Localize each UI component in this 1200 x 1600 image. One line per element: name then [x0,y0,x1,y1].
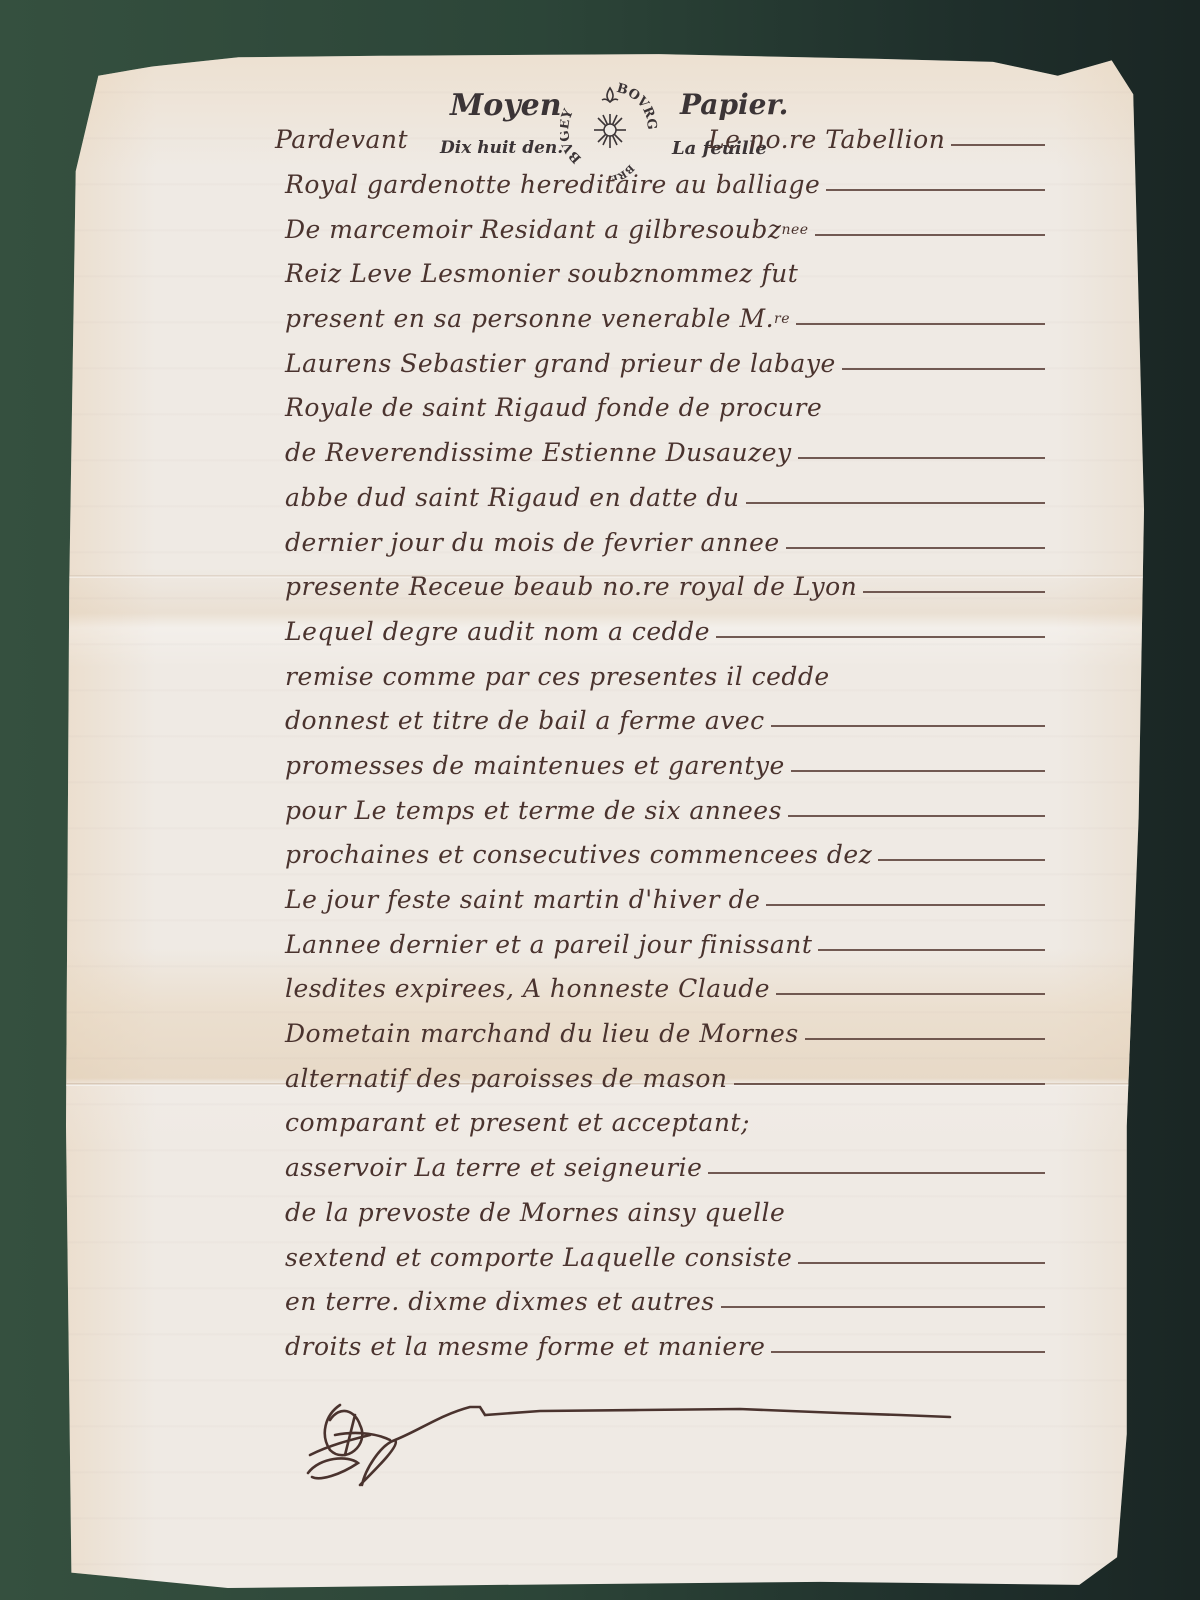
text-line: promesses de maintenues et garentye [285,744,1045,789]
text-line: Lequel degre audit nom a cedde [285,610,1045,655]
text-line: pour Le temps et terme de six annees [285,788,1045,833]
text-line: PardevantLe no.re Tabellion [285,118,1045,163]
text-line: De marcemoir Residant a gilbresoubznee [285,207,1045,252]
handwritten-deed-body: PardevantLe no.re Tabellion Royal garden… [285,118,1045,1369]
text-line: de la prevoste de Mornes ainsy quelle [285,1191,1045,1236]
text-line: en terre. dixme dixmes et autres [285,1280,1045,1325]
text-line: abbe dud saint Rigaud en datte du [285,476,1045,521]
text-line: droits et la mesme forme et maniere [285,1325,1045,1370]
text-line: sextend et comporte Laquelle consiste [285,1235,1045,1280]
text-line: Dometain marchand du lieu de Mornes [285,1012,1045,1057]
text-line: present en sa personne venerable M.re [285,297,1045,342]
text-line: Royal gardenotte hereditaire au balliage [285,163,1045,208]
stamp-text-papier: Papier. [680,88,788,121]
text-line: de Reverendissime Estienne Dusauzey [285,431,1045,476]
text-line: alternatif des paroisses de mason [285,1056,1045,1101]
text-line: presente Receue beaub no.re royal de Lyo… [285,565,1045,610]
text-line: donnest et titre de bail a ferme avec [285,699,1045,744]
text-line: remise comme par ces presentes il cedde [285,654,1045,699]
signature-paraph-icon [300,1385,1060,1495]
text-line: lesdites expirees, A honneste Claude [285,967,1045,1012]
text-line: Le jour feste saint martin d'hiver de [285,878,1045,923]
text-line: dernier jour du mois de fevrier annee [285,520,1045,565]
text-line: Reiz Leve Lesmonier soubznommez fut [285,252,1045,297]
text-line: Lannee dernier et a pareil jour finissan… [285,922,1045,967]
text-line: Royale de saint Rigaud fonde de procure [285,386,1045,431]
text-line: asservoir La terre et seigneurie [285,1146,1045,1191]
text-line: comparant et present et acceptant; [285,1101,1045,1146]
text-line: prochaines et consecutives commencees de… [285,833,1045,878]
text-line: Laurens Sebastier grand prieur de labaye [285,341,1045,386]
